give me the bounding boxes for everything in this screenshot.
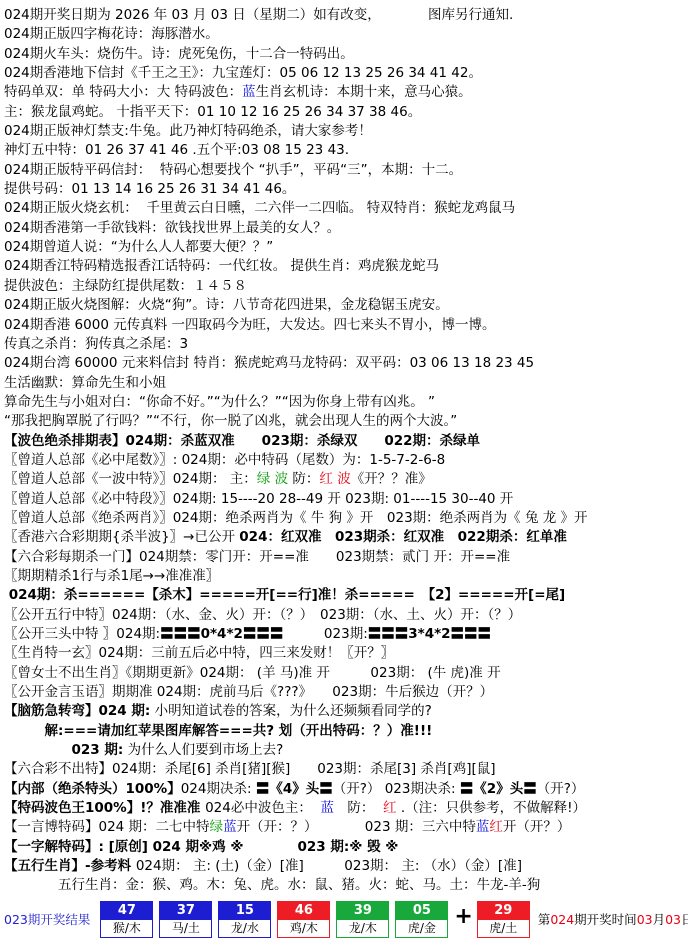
text-line: 024期香港第一手欲钱料：欲钱找世界上最美的女人？。 bbox=[4, 219, 686, 238]
text-segment: 绿 波 bbox=[257, 471, 288, 487]
ball-zodiac-element: 猴/木 bbox=[100, 920, 153, 938]
text-segment: 特码单双：单 特码大小：大 特码波色： bbox=[4, 84, 242, 100]
result-ball: 46鸡/木 bbox=[277, 901, 330, 938]
text-segment: 024期正版火烧图解：火烧“狗”。诗：八节奇花四进果，金龙稳锯玉虎安。 bbox=[4, 297, 449, 313]
ball-zodiac-element: 虎/金 bbox=[395, 920, 448, 938]
text-segment: 开（开？） bbox=[503, 819, 571, 835]
text-line: 【脑筋急转弯】024 期: 小明知道试卷的答案，为什么还频频看同学的? bbox=[4, 702, 686, 721]
text-segment: 【内部（绝杀特头）100%】 bbox=[4, 781, 181, 797]
text-line: 【六合彩不出特】024期：杀尾[6] 杀肖[猪][猴] 023期：杀尾[3] 杀… bbox=[4, 760, 686, 779]
text-line: 解:===请加红苹果图库解答===共? 划（开出特码：？）准!!! bbox=[4, 722, 686, 741]
text-line: 〖期期精杀1行与杀1尾→→准准准〗 bbox=[4, 567, 686, 586]
text-segment: 024期决杀: bbox=[181, 781, 256, 797]
text-segment: （开?） bbox=[537, 781, 585, 797]
text-segment: 024期正版火烧玄机： 千里黄云白日曛，二六伴一二四临。 特双特肖：猴蛇龙鸡鼠马 bbox=[4, 200, 515, 216]
text-line: 算命先生与小姐对白：“你命不好。”“为什么？”“因为你身上带有凶兆。 ” bbox=[4, 393, 686, 412]
text-line: 〖公开五行中特〗024期：（水、金、火）开：（？） 023期：（水、土、火）开：… bbox=[4, 606, 686, 625]
text-line: 生活幽默：算命先生和小姐 bbox=[4, 374, 686, 393]
text-segment: 〖曾道人总部《一波中特》〗024期： 主： bbox=[4, 471, 257, 487]
text-line: 024期：杀======【杀木】=====开[==行]准！杀===== 【2】=… bbox=[4, 586, 686, 605]
text-line: 【一言博特码】024 期：二七中特绿蓝开（开：？） 023 期：三六中特蓝红开（… bbox=[4, 818, 686, 837]
text-segment: 绿 bbox=[210, 819, 224, 835]
next-draw-segment: 月 bbox=[653, 912, 666, 927]
text-segment: 024期香港第一手欲钱料：欲钱找世界上最美的女人？。 bbox=[4, 220, 340, 236]
text-line: 【六合彩每期杀一门】024期禁：零门开：开==准 023期禁：贰门 开：开==准 bbox=[4, 548, 686, 567]
text-line: 024期香港 6000 元传真料 一四取码今为旺，大发达。四七来头不胃小，博一博… bbox=[4, 316, 686, 335]
result-ball: 39龙/木 bbox=[336, 901, 389, 938]
text-segment: 024期正版特平码信封： 特码心想要找个 “扒手”，平码“三”，本期：十二。 bbox=[4, 162, 462, 178]
text-line: 〖生肖特一玄〗024期：三前五后必中特，四三来发财！〖开？〗 bbox=[4, 644, 686, 663]
text-segment: 【脑筋急转弯】024 期: bbox=[4, 703, 150, 719]
text-segment: 024期正版神灯禁支:牛兔。此乃神灯特码绝杀，请大家参考！ bbox=[4, 123, 372, 139]
text-segment: 五行生肖：金：猴、鸡。木：兔、虎。水：鼠、猪。火：蛇、马。土：牛龙-羊-狗 bbox=[4, 877, 540, 893]
text-segment: 〖公开金言玉语〗期期准 024期：虎前马后《???》 023期：牛后猴边（开？） bbox=[4, 684, 493, 700]
text-segment: 蓝 bbox=[476, 819, 490, 835]
text-segment: 〓《4》头〓 bbox=[256, 781, 333, 797]
text-segment: （开?） 023期决杀: bbox=[333, 781, 460, 797]
text-line: 〖曾道人总部《必中尾数》〗: 024期：必中特码（尾数）为：1-5-7-2-6-… bbox=[4, 451, 686, 470]
text-segment: 为什么人们要到市场上去? bbox=[123, 742, 283, 758]
text-segment: .（注：只供参考，不做解释!） bbox=[397, 800, 587, 816]
text-segment: 红 bbox=[383, 800, 397, 816]
text-segment: 024：红双准 023期杀：红双准 022期杀：红单准 bbox=[239, 529, 567, 545]
text-segment: 023 期: bbox=[4, 742, 123, 758]
text-segment: 红 波 bbox=[319, 471, 350, 487]
text-line: 提供波色：主绿防红提供尾数：１４５８ bbox=[4, 277, 686, 296]
next-draw-segment: 日 星期 bbox=[681, 912, 688, 927]
text-segment: 蓝 bbox=[223, 819, 237, 835]
text-segment: 蓝 bbox=[242, 84, 256, 100]
text-segment: 〖期期精杀1行与杀1尾→→准准准〗 bbox=[4, 568, 219, 584]
next-draw-segment: 03 bbox=[665, 912, 681, 927]
text-segment: 【五行生肖】-参考料 bbox=[4, 858, 136, 874]
text-line: 特码单双：单 特码大小：大 特码波色：蓝生肖玄机诗：本期十来，意马心猿。 bbox=[4, 83, 686, 102]
text-segment: 传真之杀肖：狗传真之杀尾：3 bbox=[4, 336, 188, 352]
plus-icon: + bbox=[454, 904, 472, 929]
text-line: 主：猴龙鼠鸡蛇。 十指平天下：01 10 12 16 25 26 34 37 3… bbox=[4, 103, 686, 122]
next-draw-segment: 03 bbox=[637, 912, 653, 927]
ball-number: 39 bbox=[336, 901, 389, 920]
ball-number: 47 bbox=[100, 901, 153, 920]
text-segment: 024期正版四字梅花诗：海豚潜水。 bbox=[4, 26, 219, 42]
text-segment: 〖公开三头中特 〗024期: bbox=[4, 626, 160, 642]
ball-zodiac-element: 龙/木 bbox=[336, 920, 389, 938]
ball-number: 05 bbox=[395, 901, 448, 920]
text-line: 【特码波色王100%】!？准准准 024必中波色主： 蓝 防： 红 .（注：只供… bbox=[4, 799, 686, 818]
next-draw-segment: 第 bbox=[538, 912, 551, 927]
text-line: 024期曾道人说：“为什么人人都要大便？？” bbox=[4, 238, 686, 257]
text-segment: 提供号码：01 13 14 16 25 26 31 34 41 46。 bbox=[4, 181, 295, 197]
text-segment: 【六合彩每期杀一门】024期禁：零门开：开==准 023期禁：贰门 开：开==准 bbox=[4, 549, 510, 565]
text-line: 【波色绝杀排期表】024期：杀蓝双准 023期：杀绿双 022期：杀绿单 bbox=[4, 432, 686, 451]
text-line: 〖曾道人总部《绝杀两肖》〗024期：绝杀两肖为《 牛 狗 》开 023期：绝杀两… bbox=[4, 509, 686, 528]
text-segment: 024期开奖日期为 2026 年 03 月 03 日（星期二）如有改变， 图库另… bbox=[4, 7, 513, 23]
text-segment: 〖曾道人总部《必中特段》〗024期: 15----20 28--49 开 023… bbox=[4, 491, 513, 507]
text-segment: 023期: bbox=[283, 626, 367, 642]
result-ball: 15龙/水 bbox=[218, 901, 271, 938]
text-segment: 〓〓〓3*4*2〓〓〓 bbox=[368, 626, 491, 642]
text-segment: 024期台湾 60000 元来料信封 特肖：猴虎蛇鸡马龙特码：双平码：03 06… bbox=[4, 355, 534, 371]
text-line: 024期火车头：烧伤牛。诗：虎死兔伤，十二合一特码出。 bbox=[4, 45, 686, 64]
text-line: 024期正版特平码信封： 特码心想要找个 “扒手”，平码“三”，本期：十二。 bbox=[4, 161, 686, 180]
ball-number: 46 bbox=[277, 901, 330, 920]
text-segment: 024期香港 6000 元传真料 一四取码今为旺，大发达。四七来头不胃小，博一博… bbox=[4, 317, 496, 333]
ball-zodiac-element: 鸡/木 bbox=[277, 920, 330, 938]
text-segment: 〓〓〓0*4*2〓〓〓 bbox=[160, 626, 283, 642]
text-line: 五行生肖：金：猴、鸡。木：兔、虎。水：鼠、猪。火：蛇、马。土：牛龙-羊-狗 bbox=[4, 876, 686, 895]
text-segment: 〖生肖特一玄〗024期：三前五后必中特，四三来发财！〖开？〗 bbox=[4, 645, 394, 661]
text-line: 〖公开三头中特 〗024期:〓〓〓0*4*2〓〓〓 023期:〓〓〓3*4*2〓… bbox=[4, 625, 686, 644]
text-line: 提供号码：01 13 14 16 25 26 31 34 41 46。 bbox=[4, 180, 686, 199]
text-line: 024期开奖日期为 2026 年 03 月 03 日（星期二）如有改变， 图库另… bbox=[4, 6, 686, 25]
text-segment: 小明知道试卷的答案，为什么还频频看同学的? bbox=[150, 703, 431, 719]
text-line: 024期正版火烧玄机： 千里黄云白日曛，二六伴一二四临。 特双特肖：猴蛇龙鸡鼠马 bbox=[4, 199, 686, 218]
text-segment: 防： bbox=[288, 471, 319, 487]
next-draw-segment: 024 bbox=[550, 912, 574, 927]
text-segment: 生肖玄机诗：本期十来，意马心猿。 bbox=[256, 84, 472, 100]
text-line: 〖香港六合彩期期{杀半波}〗→已公开 024：红双准 023期杀：红双准 022… bbox=[4, 528, 686, 547]
results-bar: 023期开奖结果 47猴/木37马/土15龙/水46鸡/木39龙/木05虎/金+… bbox=[0, 899, 688, 939]
text-segment: 024期：杀======【杀木】=====开[==行]准！杀===== 【2】=… bbox=[4, 587, 565, 603]
text-segment: 024期火车头：烧伤牛。诗：虎死兔伤，十二合一特码出。 bbox=[4, 46, 354, 62]
text-segment: 〖曾道人总部《绝杀两肖》〗024期：绝杀两肖为《 牛 狗 》开 023期：绝杀两… bbox=[4, 510, 588, 526]
ball-number: 29 bbox=[477, 901, 530, 920]
text-segment: 〖曾女士不出生肖〗《期期更新》024期： (羊 马)准 开 023期： (牛 虎… bbox=[4, 665, 501, 681]
text-line: 024期正版神灯禁支:牛兔。此乃神灯特码绝杀，请大家参考！ bbox=[4, 122, 686, 141]
text-segment: 【特码波色王100%】!？准准准 bbox=[4, 800, 205, 816]
next-draw-time: 第024期开奖时间03月03日 星期二21:30 bbox=[538, 910, 688, 928]
text-segment: 〓《2》头〓 bbox=[460, 781, 537, 797]
text-segment: 〖曾道人总部《必中尾数》〗: 024期：必中特码（尾数）为：1-5-7-2-6-… bbox=[4, 452, 445, 468]
tip-sheet-body: 024期开奖日期为 2026 年 03 月 03 日（星期二）如有改变， 图库另… bbox=[0, 0, 688, 896]
text-segment: 【一字解特码】: [原创] 024 期※鸡 ※ 023 期:※ 毁 ※ bbox=[4, 839, 398, 855]
text-segment: 算命先生与小姐对白：“你命不好。”“为什么？”“因为你身上带有凶兆。 ” bbox=[4, 394, 435, 410]
text-line: 024期香江特码精选报香江话特码：一代红妆。 提供生肖：鸡虎猴龙蛇马 bbox=[4, 257, 686, 276]
text-segment: 蓝 bbox=[320, 800, 334, 816]
result-ball: 37马/土 bbox=[159, 901, 212, 938]
text-segment: 提供波色：主绿防红提供尾数：１４５８ bbox=[4, 278, 247, 294]
text-line: 024期正版四字梅花诗：海豚潜水。 bbox=[4, 25, 686, 44]
result-ball: 05虎/金 bbox=[395, 901, 448, 938]
text-segment: 024期曾道人说：“为什么人人都要大便？？” bbox=[4, 239, 273, 255]
text-segment: 防： bbox=[334, 800, 383, 816]
text-line: 024期正版火烧图解：火烧“狗”。诗：八节奇花四进果，金龙稳锯玉虎安。 bbox=[4, 296, 686, 315]
text-segment: 红 bbox=[489, 819, 503, 835]
ball-zodiac-element: 龙/水 bbox=[218, 920, 271, 938]
text-line: 〖曾女士不出生肖〗《期期更新》024期： (羊 马)准 开 023期： (牛 虎… bbox=[4, 664, 686, 683]
text-line: 【一字解特码】: [原创] 024 期※鸡 ※ 023 期:※ 毁 ※ bbox=[4, 838, 686, 857]
ball-zodiac-element: 马/土 bbox=[159, 920, 212, 938]
text-line: 023 期: 为什么人们要到市场上去? bbox=[4, 741, 686, 760]
result-ball: 29虎/土 bbox=[477, 901, 530, 938]
text-line: 【内部（绝杀特头）100%】024期决杀: 〓《4》头〓（开?） 023期决杀:… bbox=[4, 780, 686, 799]
text-segment: 《开？？准》 bbox=[351, 471, 432, 487]
result-balls: 47猴/木37马/土15龙/水46鸡/木39龙/木05虎/金+29虎/土 bbox=[100, 901, 535, 938]
text-line: 〖曾道人总部《必中特段》〗024期: 15----20 28--49 开 023… bbox=[4, 490, 686, 509]
text-segment: 生活幽默：算命先生和小姐 bbox=[4, 375, 166, 391]
next-draw-segment: 期开奖时间 bbox=[574, 912, 637, 927]
ball-number: 15 bbox=[218, 901, 271, 920]
ball-number: 37 bbox=[159, 901, 212, 920]
text-line: 神灯五中特：01 26 37 41 46 .五个平:03 08 15 23 43… bbox=[4, 141, 686, 160]
text-segment: 024必中波色主： bbox=[205, 800, 320, 816]
text-segment: 【波色绝杀排期表】024期：杀蓝双准 023期：杀绿双 022期：杀绿单 bbox=[4, 433, 480, 449]
text-segment: 024期： 主: (土)（金）[准] 023期： 主: （水）（金）[准] bbox=[136, 858, 522, 874]
text-segment: “那我把胸罩脱了行吗？”“不行，你一脱了凶兆，就会出现人生的两个大波。” bbox=[4, 413, 457, 429]
text-segment: 024期香港地下信封《千王之王》：九宝莲灯：05 06 12 13 25 26 … bbox=[4, 65, 482, 81]
text-segment: 〖香港六合彩期期{杀半波}〗→已公开 bbox=[4, 529, 239, 545]
text-line: 024期台湾 60000 元来料信封 特肖：猴虎蛇鸡马龙特码：双平码：03 06… bbox=[4, 354, 686, 373]
text-segment: 〖公开五行中特〗024期：（水、金、火）开：（？） 023期：（水、土、火）开：… bbox=[4, 607, 521, 623]
text-segment: 024期香江特码精选报香江话特码：一代红妆。 提供生肖：鸡虎猴龙蛇马 bbox=[4, 258, 439, 274]
text-segment: 神灯五中特：01 26 37 41 46 .五个平:03 08 15 23 43… bbox=[4, 142, 349, 158]
text-segment: 【六合彩不出特】024期：杀尾[6] 杀肖[猪][猴] 023期：杀尾[3] 杀… bbox=[4, 761, 496, 777]
text-segment: 解:===请加红苹果图库解答===共? 划（开出特码：？）准!!! bbox=[4, 723, 432, 739]
ball-zodiac-element: 虎/土 bbox=[477, 920, 530, 938]
text-line: “那我把胸罩脱了行吗？”“不行，你一脱了凶兆，就会出现人生的两个大波。” bbox=[4, 412, 686, 431]
text-segment: 主：猴龙鼠鸡蛇。 十指平天下：01 10 12 16 25 26 34 37 3… bbox=[4, 104, 421, 120]
results-label: 023期开奖结果 bbox=[4, 910, 90, 928]
text-line: 〖曾道人总部《一波中特》〗024期： 主：绿 波 防：红 波《开？？准》 bbox=[4, 470, 686, 489]
text-line: 传真之杀肖：狗传真之杀尾：3 bbox=[4, 335, 686, 354]
text-line: 024期香港地下信封《千王之王》：九宝莲灯：05 06 12 13 25 26 … bbox=[4, 64, 686, 83]
result-ball: 47猴/木 bbox=[100, 901, 153, 938]
text-line: 〖公开金言玉语〗期期准 024期：虎前马后《???》 023期：牛后猴边（开？） bbox=[4, 683, 686, 702]
text-line: 【五行生肖】-参考料 024期： 主: (土)（金）[准] 023期： 主: （… bbox=[4, 857, 686, 876]
text-segment: 开（开：？） 023 期：三六中特 bbox=[237, 819, 476, 835]
text-segment: 【一言博特码】024 期：二七中特 bbox=[4, 819, 210, 835]
